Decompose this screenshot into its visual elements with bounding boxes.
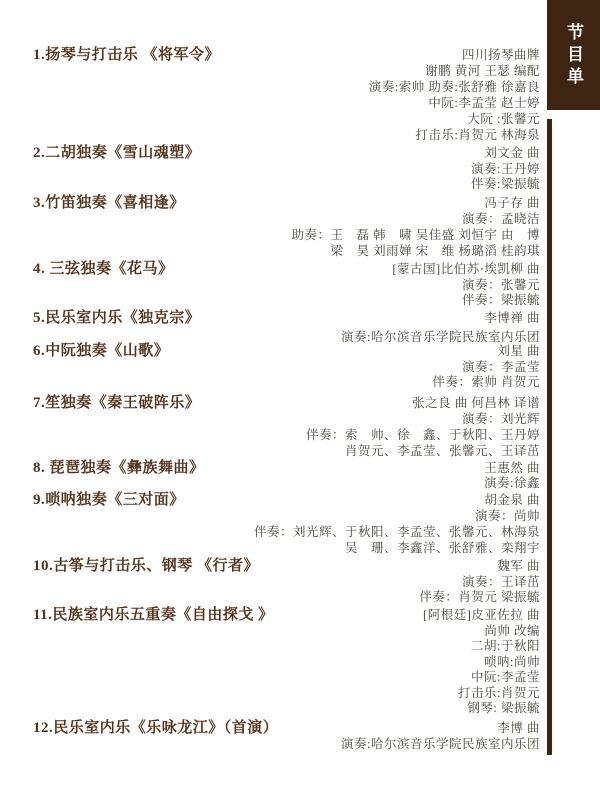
program-item-title: 11.民族室内乐五重奏《自由探戈 》 [33, 608, 274, 624]
credit-line: 演奏:王丹婷 [33, 162, 540, 178]
program-item-credits: [阿根廷]皮亚佐拉 曲尚帅 改编二胡:于秋阳唢呐:尚帅中阮:李孟莹打击乐:肖贺元… [33, 608, 540, 717]
credit-line: 演奏：尚帅 [33, 508, 540, 524]
program-item-title: 10.古筝与打击乐、钢琴 《行者》 [33, 559, 259, 575]
program-items: 1.扬琴与打击乐 《将军令》四川扬琴曲牌谢鹏 黄河 王瑟 编配演奏:索帅 助奏:… [0, 0, 600, 800]
program-item: 7.笙独奏《秦王破阵乐》张之良 曲 何昌林 译谱演奏：刘光辉伴奏：索 帅、徐 鑫… [33, 395, 540, 459]
program-item: 1.扬琴与打击乐 《将军令》四川扬琴曲牌谢鹏 黄河 王瑟 编配演奏:索帅 助奏:… [33, 47, 540, 143]
credit-line: 伴奏：刘光辉、于秋阳、李孟莹、张馨元、林海泉 [33, 524, 540, 540]
program-item-title: 1.扬琴与打击乐 《将军令》 [33, 47, 220, 63]
program-item: 6.中阮独奏《山歌》刘星 曲演奏：李孟莹伴奏：索帅 肖贺元 [33, 344, 540, 391]
credit-line: 中阮:李孟莹 [33, 670, 540, 686]
credit-line: 伴奏：梁振毓 [33, 293, 540, 309]
credit-line: 打击乐:肖贺元 [33, 686, 540, 702]
credit-line: 梁 昊 刘雨婵 宋 维 杨璐滔 桂韵琪 [33, 243, 540, 259]
program-item: 4. 三弦独奏《花马》[蒙古国]比伯苏·埃凯柳 曲演奏：张馨元伴奏：梁振毓 [33, 262, 540, 309]
credit-line: 演奏：张馨元 [33, 278, 540, 294]
credit-line: 演奏：刘光辉 [33, 411, 540, 427]
credit-line: 钢琴: 梁振毓 [33, 701, 540, 717]
program-item: 9.唢呐独奏《三对面》胡金泉 曲演奏：尚帅伴奏：刘光辉、于秋阳、李孟莹、张馨元、… [33, 492, 540, 556]
program-item: 3.竹笛独奏《喜相逢》冯子存 曲演奏：孟晓洁助奏：王 磊 韩 啸 吴佳盛 刘恒宇… [33, 195, 540, 259]
credit-line: 演奏:索帅 助奏:张舒雅 徐嘉良 [33, 79, 540, 95]
credit-line: 演奏：王译茁 [33, 575, 540, 591]
credit-line: 中阮:李孟莹 赵士婷 [33, 95, 540, 111]
program-item-title: 3.竹笛独奏《喜相逢》 [33, 195, 185, 211]
credit-line: 二胡:于秋阳 [33, 639, 540, 655]
credit-line: 唢呐:尚帅 [33, 655, 540, 671]
credit-line: 吴 珊、李鑫洋、张舒雅、栾翔宇 [33, 540, 540, 556]
credit-line: 演奏：李孟莹 [33, 360, 540, 376]
program-item-title: 9.唢呐独奏《三对面》 [33, 492, 185, 508]
credit-line: 演奏:徐鑫 [33, 476, 540, 491]
credit-line: 伴奏：索帅 肖贺元 [33, 375, 540, 391]
program-item: 12.民乐室内乐《乐咏龙江》（首演）李博 曲演奏:哈尔滨音乐学院民族室内乐团 [33, 721, 540, 752]
credit-line: 伴奏：肖贺元 梁振毓 [33, 590, 540, 606]
program-item-title: 8. 琵琶独奏《彝族舞曲》 [33, 461, 205, 476]
credit-line: 大阮 :张馨元 [33, 111, 540, 127]
program-item-title: 12.民乐室内乐《乐咏龙江》（首演） [33, 721, 278, 737]
credit-line: 肖贺元、李孟莹、张馨元、王译茁 [33, 443, 540, 459]
credit-line: 谢鹏 黄河 王瑟 编配 [33, 63, 540, 79]
credit-line: 伴奏:梁振毓 [33, 177, 540, 193]
program-item: 10.古筝与打击乐、钢琴 《行者》魏军 曲演奏：王译茁伴奏：肖贺元 梁振毓 [33, 559, 540, 606]
program-item: 2.二胡独奏《雪山魂塑》刘文金 曲演奏:王丹婷伴奏:梁振毓 [33, 146, 540, 193]
credit-line: 打击乐:肖贺元 林海泉 [33, 127, 540, 143]
program-item-title: 2.二胡独奏《雪山魂塑》 [33, 146, 200, 162]
credit-line: 演奏：孟晓洁 [33, 211, 540, 227]
program-item: 11.民族室内乐五重奏《自由探戈 》[阿根廷]皮亚佐拉 曲尚帅 改编二胡:于秋阳… [33, 608, 540, 717]
program-item-title: 5.民乐室内乐《独克宗》 [33, 309, 200, 328]
credit-line: 演奏:哈尔滨音乐学院民族室内乐团 [33, 737, 540, 753]
program-page: 节目单 1.扬琴与打击乐 《将军令》四川扬琴曲牌谢鹏 黄河 王瑟 编配演奏:索帅… [0, 0, 600, 800]
credit-line: 尚帅 改编 [33, 624, 540, 640]
program-item-title: 4. 三弦独奏《花马》 [33, 262, 174, 278]
credit-line: 伴奏：索 帅、徐 鑫、于秋阳、王丹婷 [33, 427, 540, 443]
program-item: 8. 琵琶独奏《彝族舞曲》王惠然 曲演奏:徐鑫 [33, 461, 540, 491]
program-item: 5.民乐室内乐《独克宗》李博禅 曲演奏:哈尔滨音乐学院民族室内乐团 [33, 309, 540, 347]
program-item-title: 7.笙独奏《秦王破阵乐》 [33, 395, 200, 411]
credit-line: 助奏：王 磊 韩 啸 吴佳盛 刘恒宇 由 博 [33, 227, 540, 243]
program-item-title: 6.中阮独奏《山歌》 [33, 344, 169, 360]
